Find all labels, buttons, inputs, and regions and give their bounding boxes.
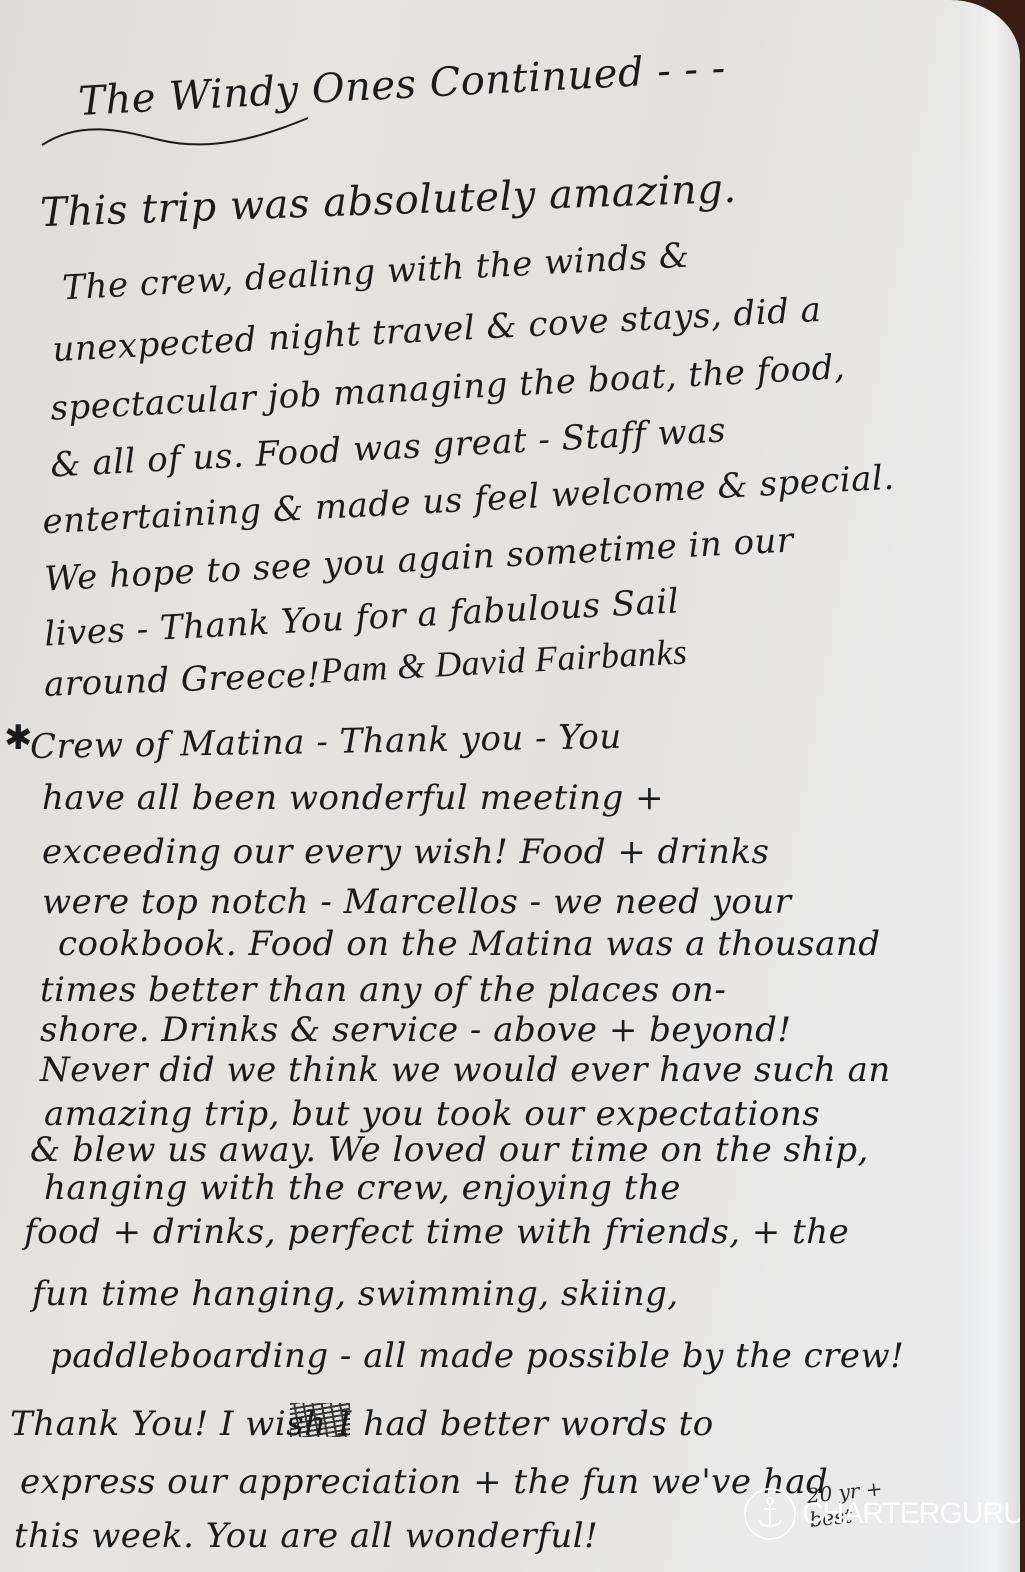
entry-two-line: were top notch - Marcellos - we need you… (42, 882, 792, 922)
entry-two-line: Never did we think we would ever have su… (40, 1050, 891, 1090)
signature: Pam & David Fairbanks (319, 630, 688, 691)
entry-two-line: Thank You! I wish I had better words to (10, 1404, 714, 1444)
crossed-out-scribble (290, 1403, 350, 1437)
entry-two-line: have all been wonderful meeting + (42, 778, 664, 818)
entry-two-line: & blew us away. We loved our time on the… (30, 1130, 869, 1170)
watermark-brand: CHARTERGURU (802, 1497, 1020, 1531)
entry-two-line: shore. Drinks & service - above + beyond… (40, 1010, 792, 1050)
notebook-page: The Windy Ones Continued - - - This trip… (0, 0, 1020, 1572)
entry-two-line: express our appreciation + the fun we've… (20, 1462, 828, 1502)
entry-two-line: this week. You are all wonderful! (14, 1516, 598, 1556)
entry-two-line: Crew of Matina - Thank you - You (30, 717, 622, 767)
entry-two-line: times better than any of the places on- (40, 970, 726, 1010)
title-underline (40, 100, 310, 160)
entry-two-line: cookbook. Food on the Matina was a thous… (58, 924, 881, 964)
entry-one-line: around Greece! (43, 655, 321, 705)
entry-two-line: amazing trip, but you took our expectati… (44, 1094, 820, 1134)
entry-two-line: paddleboarding - all made possible by th… (50, 1336, 904, 1376)
entry-two-line: fun time hanging, swimming, skiing, (32, 1274, 679, 1314)
entry-one-line: The crew, dealing with the winds & (61, 236, 690, 309)
anchor-icon (744, 1488, 796, 1540)
chartergur-watermark: CHARTERGURU (744, 1488, 1020, 1540)
entry-two-line: food + drinks, perfect time with friends… (24, 1212, 849, 1252)
entry-two-line: hanging with the crew, enjoying the (44, 1168, 681, 1208)
asterisk-marker-icon: ✱ (4, 718, 33, 758)
page-fold-shading (960, 0, 1020, 1572)
entry-two-line: exceeding our every wish! Food + drinks (42, 832, 770, 872)
entry-one-line: This trip was absolutely amazing. (39, 166, 737, 236)
